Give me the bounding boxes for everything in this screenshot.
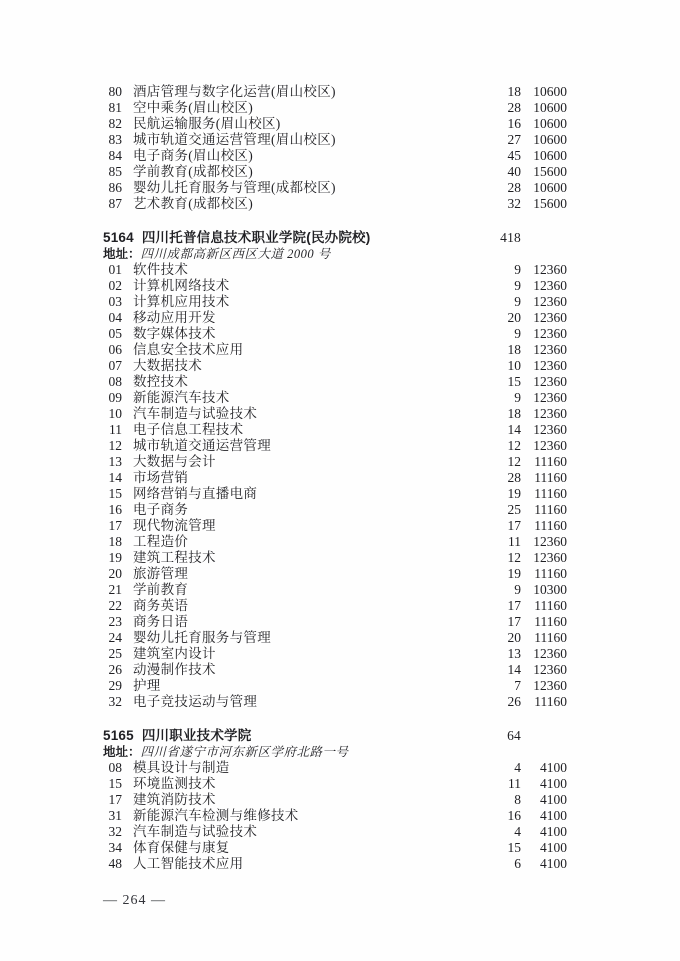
program-row: 14 市场营销 28 11160 <box>103 470 567 486</box>
program-name: 城市轨道交通运营管理 <box>133 438 481 454</box>
program-name: 大数据与会计 <box>133 454 481 470</box>
program-row: 82 民航运输服务(眉山校区) 16 10600 <box>103 116 567 132</box>
program-name: 计算机网络技术 <box>133 278 481 294</box>
program-no: 11 <box>103 422 122 438</box>
program-name: 商务日语 <box>133 614 481 630</box>
program-no: 31 <box>103 808 122 824</box>
program-name: 网络营销与直播电商 <box>133 486 481 502</box>
program-row: 10 汽车制造与试验技术 18 12360 <box>103 406 567 422</box>
program-row: 26 动漫制作技术 14 12360 <box>103 662 567 678</box>
program-tuition-fee: 12360 <box>521 278 567 294</box>
program-no: 32 <box>103 694 122 710</box>
program-tuition-fee: 12360 <box>521 534 567 550</box>
program-no: 10 <box>103 406 122 422</box>
program-plan-count: 10 <box>481 358 521 374</box>
program-plan-count: 4 <box>481 824 521 840</box>
program-no: 01 <box>103 262 122 278</box>
program-name: 软件技术 <box>133 262 481 278</box>
program-no: 82 <box>103 116 122 132</box>
program-name: 婴幼儿托育服务与管理 <box>133 630 481 646</box>
program-row: 22 商务英语 17 11160 <box>103 598 567 614</box>
program-tuition-fee: 10600 <box>521 100 567 116</box>
program-tuition-fee: 12360 <box>521 342 567 358</box>
program-row: 31 新能源汽车检测与维修技术 16 4100 <box>103 808 567 824</box>
program-name: 电子商务 <box>133 502 481 518</box>
program-row: 07 大数据技术 10 12360 <box>103 358 567 374</box>
program-plan-count: 25 <box>481 502 521 518</box>
program-rows: 08 模具设计与制造 4 4100 15 环境监测技术 11 4100 17 建… <box>103 760 567 872</box>
program-no: 21 <box>103 582 122 598</box>
program-row: 21 学前教育 9 10300 <box>103 582 567 598</box>
program-name: 艺术教育(成都校区) <box>133 196 481 212</box>
program-plan-count: 9 <box>481 262 521 278</box>
program-tuition-fee: 12360 <box>521 406 567 422</box>
program-row: 87 艺术教育(成都校区) 32 15600 <box>103 196 567 212</box>
program-rows: 80 酒店管理与数字化运营(眉山校区) 18 10600 81 空中乘务(眉山校… <box>103 84 567 212</box>
program-no: 87 <box>103 196 122 212</box>
address-text: 四川成都高新区西区大道 2000 号 <box>141 247 331 261</box>
program-plan-count: 9 <box>481 390 521 406</box>
program-tuition-fee: 12360 <box>521 422 567 438</box>
program-no: 06 <box>103 342 122 358</box>
program-plan-count: 18 <box>481 406 521 422</box>
program-plan-count: 14 <box>481 662 521 678</box>
program-name: 建筑室内设计 <box>133 646 481 662</box>
program-row: 01 软件技术 9 12360 <box>103 262 567 278</box>
program-no: 08 <box>103 374 122 390</box>
program-no: 03 <box>103 294 122 310</box>
program-name: 学前教育(成都校区) <box>133 164 481 180</box>
program-tuition-fee: 11160 <box>521 486 567 502</box>
program-name: 电子竞技运动与管理 <box>133 694 481 710</box>
program-tuition-fee: 12360 <box>521 358 567 374</box>
program-row: 80 酒店管理与数字化运营(眉山校区) 18 10600 <box>103 84 567 100</box>
program-plan-count: 14 <box>481 422 521 438</box>
program-no: 22 <box>103 598 122 614</box>
program-name: 新能源汽车技术 <box>133 390 481 406</box>
program-row: 15 环境监测技术 11 4100 <box>103 776 567 792</box>
program-row: 18 工程造价 11 12360 <box>103 534 567 550</box>
program-tuition-fee: 15600 <box>521 164 567 180</box>
program-plan-count: 9 <box>481 294 521 310</box>
program-tuition-fee: 12360 <box>521 374 567 390</box>
program-row: 17 建筑消防技术 8 4100 <box>103 792 567 808</box>
program-no: 20 <box>103 566 122 582</box>
program-plan-count: 9 <box>481 278 521 294</box>
program-plan-count: 45 <box>481 148 521 164</box>
program-plan-count: 28 <box>481 100 521 116</box>
program-no: 02 <box>103 278 122 294</box>
program-tuition-fee: 11160 <box>521 614 567 630</box>
program-plan-count: 16 <box>481 116 521 132</box>
program-row: 05 数字媒体技术 9 12360 <box>103 326 567 342</box>
program-row: 81 空中乘务(眉山校区) 28 10600 <box>103 100 567 116</box>
program-plan-count: 28 <box>481 180 521 196</box>
program-name: 计算机应用技术 <box>133 294 481 310</box>
program-row: 19 建筑工程技术 12 12360 <box>103 550 567 566</box>
program-name: 大数据技术 <box>133 358 481 374</box>
program-no: 34 <box>103 840 122 856</box>
program-tuition-fee: 12360 <box>521 646 567 662</box>
program-name: 学前教育 <box>133 582 481 598</box>
program-plan-count: 12 <box>481 438 521 454</box>
program-no: 29 <box>103 678 122 694</box>
program-plan-count: 15 <box>481 840 521 856</box>
program-name: 工程造价 <box>133 534 481 550</box>
program-row: 06 信息安全技术应用 18 12360 <box>103 342 567 358</box>
institution-code: 5164 <box>103 229 134 246</box>
program-row: 08 模具设计与制造 4 4100 <box>103 760 567 776</box>
program-row: 15 网络营销与直播电商 19 11160 <box>103 486 567 502</box>
program-plan-count: 32 <box>481 196 521 212</box>
institution-section: 5165 四川职业技术学院 64 地址：四川省遂宁市河东新区学府北路一号 08 … <box>103 727 567 872</box>
institution-section: 80 酒店管理与数字化运营(眉山校区) 18 10600 81 空中乘务(眉山校… <box>103 84 567 212</box>
program-no: 15 <box>103 486 122 502</box>
program-tuition-fee: 4100 <box>521 856 567 872</box>
program-no: 17 <box>103 792 122 808</box>
program-name: 旅游管理 <box>133 566 481 582</box>
program-row: 03 计算机应用技术 9 12360 <box>103 294 567 310</box>
program-tuition-fee: 10600 <box>521 180 567 196</box>
program-plan-count: 12 <box>481 550 521 566</box>
document-body: 80 酒店管理与数字化运营(眉山校区) 18 10600 81 空中乘务(眉山校… <box>103 84 567 872</box>
program-name: 体育保健与康复 <box>133 840 481 856</box>
program-tuition-fee: 12360 <box>521 438 567 454</box>
program-plan-count: 7 <box>481 678 521 694</box>
program-row: 17 现代物流管理 17 11160 <box>103 518 567 534</box>
program-plan-count: 17 <box>481 518 521 534</box>
program-rows: 01 软件技术 9 12360 02 计算机网络技术 9 12360 03 计算… <box>103 262 567 710</box>
program-tuition-fee: 4100 <box>521 776 567 792</box>
program-no: 26 <box>103 662 122 678</box>
institution-section: 5164 四川托普信息技术职业学院(民办院校) 418 地址：四川成都高新区西区… <box>103 229 567 710</box>
program-name: 移动应用开发 <box>133 310 481 326</box>
program-no: 25 <box>103 646 122 662</box>
program-plan-count: 20 <box>481 310 521 326</box>
program-plan-count: 16 <box>481 808 521 824</box>
program-no: 86 <box>103 180 122 196</box>
program-row: 29 护理 7 12360 <box>103 678 567 694</box>
address-label: 地址： <box>103 745 141 759</box>
program-tuition-fee: 12360 <box>521 262 567 278</box>
program-plan-count: 4 <box>481 760 521 776</box>
program-plan-count: 9 <box>481 326 521 342</box>
section-address: 地址：四川成都高新区西区大道 2000 号 <box>103 246 567 262</box>
document-page: 80 酒店管理与数字化运营(眉山校区) 18 10600 81 空中乘务(眉山校… <box>0 0 680 961</box>
program-plan-count: 13 <box>481 646 521 662</box>
program-name: 空中乘务(眉山校区) <box>133 100 481 116</box>
program-name: 人工智能技术应用 <box>133 856 481 872</box>
program-no: 13 <box>103 454 122 470</box>
program-row: 84 电子商务(眉山校区) 45 10600 <box>103 148 567 164</box>
program-name: 民航运输服务(眉山校区) <box>133 116 481 132</box>
section-header: 5164 四川托普信息技术职业学院(民办院校) 418 <box>103 229 567 246</box>
program-tuition-fee: 12360 <box>521 294 567 310</box>
program-tuition-fee: 10600 <box>521 132 567 148</box>
program-no: 84 <box>103 148 122 164</box>
program-no: 07 <box>103 358 122 374</box>
program-name: 商务英语 <box>133 598 481 614</box>
program-tuition-fee: 11160 <box>521 454 567 470</box>
program-plan-count: 27 <box>481 132 521 148</box>
program-name: 电子商务(眉山校区) <box>133 148 481 164</box>
address-label: 地址： <box>103 247 141 261</box>
institution-name: 四川托普信息技术职业学院(民办院校) <box>142 229 371 246</box>
program-name: 新能源汽车检测与维修技术 <box>133 808 481 824</box>
program-no: 15 <box>103 776 122 792</box>
program-row: 12 城市轨道交通运营管理 12 12360 <box>103 438 567 454</box>
program-no: 23 <box>103 614 122 630</box>
program-tuition-fee: 15600 <box>521 196 567 212</box>
program-plan-count: 26 <box>481 694 521 710</box>
program-name: 建筑工程技术 <box>133 550 481 566</box>
program-plan-count: 28 <box>481 470 521 486</box>
program-name: 汽车制造与试验技术 <box>133 406 481 422</box>
institution-total-count: 418 <box>481 229 521 246</box>
program-row: 24 婴幼儿托育服务与管理 20 11160 <box>103 630 567 646</box>
program-plan-count: 15 <box>481 374 521 390</box>
program-tuition-fee: 12360 <box>521 326 567 342</box>
program-no: 81 <box>103 100 122 116</box>
program-no: 48 <box>103 856 122 872</box>
page-number: — 264 — <box>103 892 166 909</box>
program-name: 数字媒体技术 <box>133 326 481 342</box>
program-plan-count: 9 <box>481 582 521 598</box>
program-tuition-fee: 11160 <box>521 502 567 518</box>
program-name: 护理 <box>133 678 481 694</box>
program-tuition-fee: 12360 <box>521 550 567 566</box>
program-no: 16 <box>103 502 122 518</box>
program-row: 32 电子竞技运动与管理 26 11160 <box>103 694 567 710</box>
program-tuition-fee: 4100 <box>521 824 567 840</box>
program-row: 34 体育保健与康复 15 4100 <box>103 840 567 856</box>
program-plan-count: 19 <box>481 566 521 582</box>
program-no: 19 <box>103 550 122 566</box>
program-tuition-fee: 10600 <box>521 116 567 132</box>
program-tuition-fee: 4100 <box>521 792 567 808</box>
program-tuition-fee: 11160 <box>521 630 567 646</box>
program-no: 08 <box>103 760 122 776</box>
program-no: 85 <box>103 164 122 180</box>
program-name: 市场营销 <box>133 470 481 486</box>
program-plan-count: 12 <box>481 454 521 470</box>
program-tuition-fee: 11160 <box>521 518 567 534</box>
program-row: 48 人工智能技术应用 6 4100 <box>103 856 567 872</box>
program-no: 83 <box>103 132 122 148</box>
program-name: 城市轨道交通运营管理(眉山校区) <box>133 132 481 148</box>
program-row: 16 电子商务 25 11160 <box>103 502 567 518</box>
program-row: 85 学前教育(成都校区) 40 15600 <box>103 164 567 180</box>
program-row: 25 建筑室内设计 13 12360 <box>103 646 567 662</box>
program-tuition-fee: 12360 <box>521 390 567 406</box>
section-header: 5165 四川职业技术学院 64 <box>103 727 567 744</box>
program-tuition-fee: 12360 <box>521 678 567 694</box>
program-row: 13 大数据与会计 12 11160 <box>103 454 567 470</box>
program-name: 婴幼儿托育服务与管理(成都校区) <box>133 180 481 196</box>
program-row: 23 商务日语 17 11160 <box>103 614 567 630</box>
program-name: 电子信息工程技术 <box>133 422 481 438</box>
program-name: 现代物流管理 <box>133 518 481 534</box>
program-plan-count: 19 <box>481 486 521 502</box>
program-plan-count: 40 <box>481 164 521 180</box>
program-name: 汽车制造与试验技术 <box>133 824 481 840</box>
program-tuition-fee: 4100 <box>521 760 567 776</box>
program-tuition-fee: 12360 <box>521 662 567 678</box>
program-tuition-fee: 4100 <box>521 840 567 856</box>
program-plan-count: 20 <box>481 630 521 646</box>
program-no: 14 <box>103 470 122 486</box>
program-name: 模具设计与制造 <box>133 760 481 776</box>
program-row: 32 汽车制造与试验技术 4 4100 <box>103 824 567 840</box>
program-no: 17 <box>103 518 122 534</box>
program-row: 11 电子信息工程技术 14 12360 <box>103 422 567 438</box>
institution-total-count: 64 <box>481 727 521 744</box>
program-no: 18 <box>103 534 122 550</box>
program-tuition-fee: 10600 <box>521 84 567 100</box>
program-plan-count: 18 <box>481 84 521 100</box>
program-tuition-fee: 10600 <box>521 148 567 164</box>
program-tuition-fee: 11160 <box>521 598 567 614</box>
program-name: 酒店管理与数字化运营(眉山校区) <box>133 84 481 100</box>
program-no: 80 <box>103 84 122 100</box>
program-name: 建筑消防技术 <box>133 792 481 808</box>
program-name: 动漫制作技术 <box>133 662 481 678</box>
program-row: 20 旅游管理 19 11160 <box>103 566 567 582</box>
program-row: 83 城市轨道交通运营管理(眉山校区) 27 10600 <box>103 132 567 148</box>
program-plan-count: 11 <box>481 776 521 792</box>
program-plan-count: 8 <box>481 792 521 808</box>
program-row: 08 数控技术 15 12360 <box>103 374 567 390</box>
program-plan-count: 17 <box>481 598 521 614</box>
institution-code: 5165 <box>103 727 134 744</box>
program-row: 04 移动应用开发 20 12360 <box>103 310 567 326</box>
program-no: 05 <box>103 326 122 342</box>
program-plan-count: 6 <box>481 856 521 872</box>
program-plan-count: 17 <box>481 614 521 630</box>
program-name: 数控技术 <box>133 374 481 390</box>
program-tuition-fee: 4100 <box>521 808 567 824</box>
program-plan-count: 18 <box>481 342 521 358</box>
program-row: 02 计算机网络技术 9 12360 <box>103 278 567 294</box>
program-row: 09 新能源汽车技术 9 12360 <box>103 390 567 406</box>
institution-name: 四川职业技术学院 <box>142 727 252 744</box>
program-plan-count: 11 <box>481 534 521 550</box>
program-no: 32 <box>103 824 122 840</box>
address-text: 四川省遂宁市河东新区学府北路一号 <box>141 745 349 759</box>
program-tuition-fee: 11160 <box>521 566 567 582</box>
program-tuition-fee: 11160 <box>521 470 567 486</box>
section-address: 地址：四川省遂宁市河东新区学府北路一号 <box>103 744 567 760</box>
program-no: 12 <box>103 438 122 454</box>
program-tuition-fee: 12360 <box>521 310 567 326</box>
program-name: 环境监测技术 <box>133 776 481 792</box>
program-no: 24 <box>103 630 122 646</box>
program-no: 04 <box>103 310 122 326</box>
program-no: 09 <box>103 390 122 406</box>
program-name: 信息安全技术应用 <box>133 342 481 358</box>
program-tuition-fee: 10300 <box>521 582 567 598</box>
program-row: 86 婴幼儿托育服务与管理(成都校区) 28 10600 <box>103 180 567 196</box>
program-tuition-fee: 11160 <box>521 694 567 710</box>
